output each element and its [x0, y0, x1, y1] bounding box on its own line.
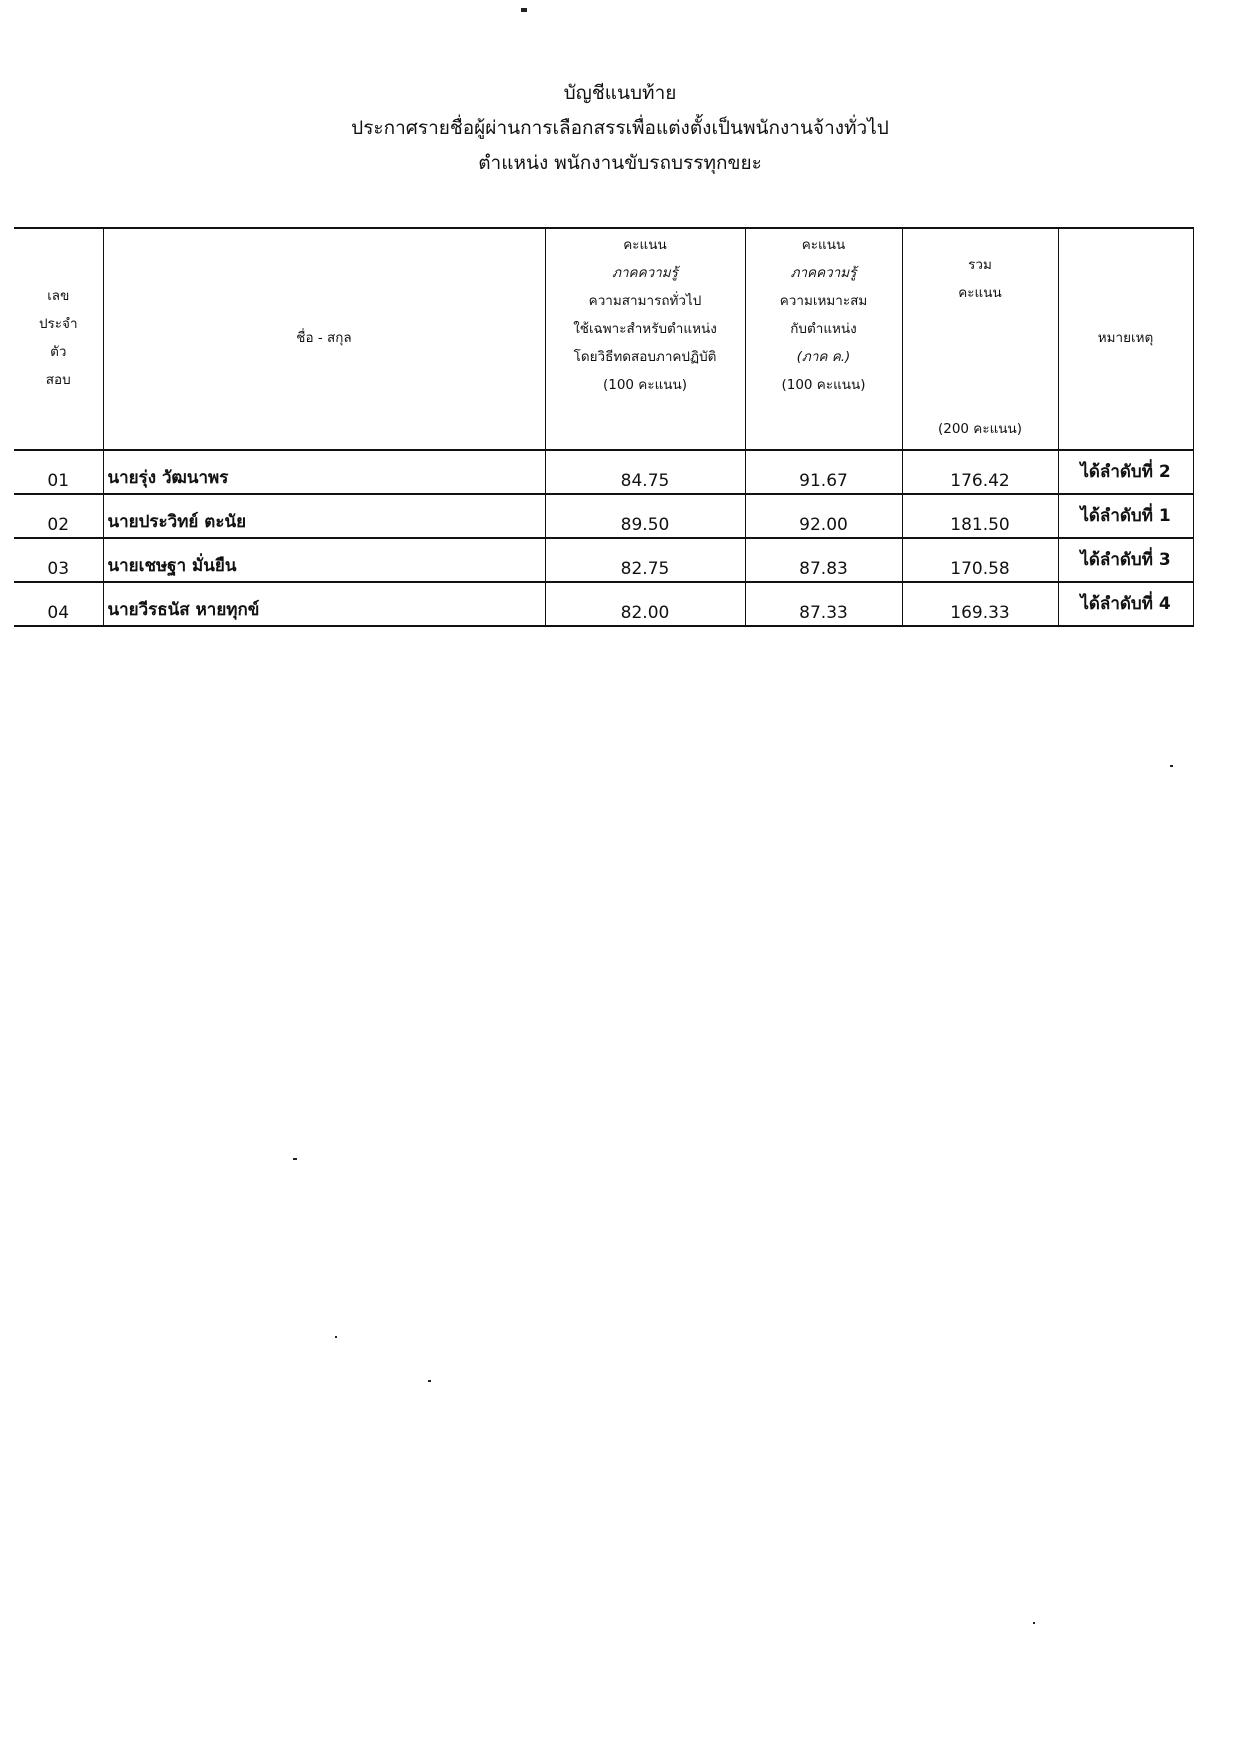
cell-score-general: 82.00	[545, 582, 745, 626]
title-line-2: ประกาศรายชื่อผู้ผ่านการเลือกสรรเพื่อแต่ง…	[0, 111, 1240, 146]
header-score-suitability: คะแนน ภาคความรู้ ความเหมาะสม กับตำแหน่ง …	[745, 228, 902, 450]
header-remark: หมายเหตุ	[1058, 228, 1193, 450]
cell-remark: ได้ลำดับที่ 2	[1058, 450, 1193, 494]
cell-name: นายประวิทย์ ตะนัย	[103, 494, 545, 538]
cell-score-general: 89.50	[545, 494, 745, 538]
cell-total: 170.58	[902, 538, 1058, 582]
header-score-general: คะแนน ภาคความรู้ ความสามารถทั่วไป ใช้เฉพ…	[545, 228, 745, 450]
results-table: เลข ประจำ ตัว สอบ ชื่อ - สกุล คะแนน ภาคค…	[14, 227, 1194, 627]
header-total-score: รวม คะแนน (200 คะแนน)	[902, 228, 1058, 450]
scan-speck	[521, 8, 527, 12]
header-exam-id: เลข ประจำ ตัว สอบ	[14, 228, 103, 450]
cell-remark: ได้ลำดับที่ 4	[1058, 582, 1193, 626]
cell-total: 181.50	[902, 494, 1058, 538]
cell-score-suitability: 91.67	[745, 450, 902, 494]
title-line-3: ตำแหน่ง พนักงานขับรถบรรทุกขยะ	[0, 146, 1240, 181]
cell-name: นายเชษฐา มั่นยืน	[103, 538, 545, 582]
cell-score-suitability: 92.00	[745, 494, 902, 538]
cell-name: นายวีรธนัส หายทุกข์	[103, 582, 545, 626]
cell-exam-id: 01	[14, 450, 103, 494]
table-row: 02 นายประวิทย์ ตะนัย 89.50 92.00 181.50 …	[14, 494, 1193, 538]
document-title: บัญชีแนบท้าย ประกาศรายชื่อผู้ผ่านการเลือ…	[0, 76, 1240, 181]
cell-score-suitability: 87.83	[745, 538, 902, 582]
title-line-1: บัญชีแนบท้าย	[0, 76, 1240, 111]
scan-speck	[428, 1380, 431, 1382]
cell-name: นายรุ่ง วัฒนาพร	[103, 450, 545, 494]
cell-exam-id: 04	[14, 582, 103, 626]
cell-score-general: 84.75	[545, 450, 745, 494]
cell-remark: ได้ลำดับที่ 1	[1058, 494, 1193, 538]
scan-speck	[1033, 1622, 1035, 1624]
header-full-name: ชื่อ - สกุล	[103, 228, 545, 450]
table-row: 04 นายวีรธนัส หายทุกข์ 82.00 87.33 169.3…	[14, 582, 1193, 626]
table-row: 01 นายรุ่ง วัฒนาพร 84.75 91.67 176.42 ได…	[14, 450, 1193, 494]
cell-remark: ได้ลำดับที่ 3	[1058, 538, 1193, 582]
cell-total: 169.33	[902, 582, 1058, 626]
scan-speck	[1170, 765, 1173, 767]
table-header-row: เลข ประจำ ตัว สอบ ชื่อ - สกุล คะแนน ภาคค…	[14, 228, 1193, 450]
cell-exam-id: 03	[14, 538, 103, 582]
table-row: 03 นายเชษฐา มั่นยืน 82.75 87.83 170.58 ไ…	[14, 538, 1193, 582]
cell-score-suitability: 87.33	[745, 582, 902, 626]
cell-score-general: 82.75	[545, 538, 745, 582]
scan-speck	[335, 1336, 337, 1338]
cell-total: 176.42	[902, 450, 1058, 494]
cell-exam-id: 02	[14, 494, 103, 538]
scan-speck	[293, 1158, 297, 1160]
